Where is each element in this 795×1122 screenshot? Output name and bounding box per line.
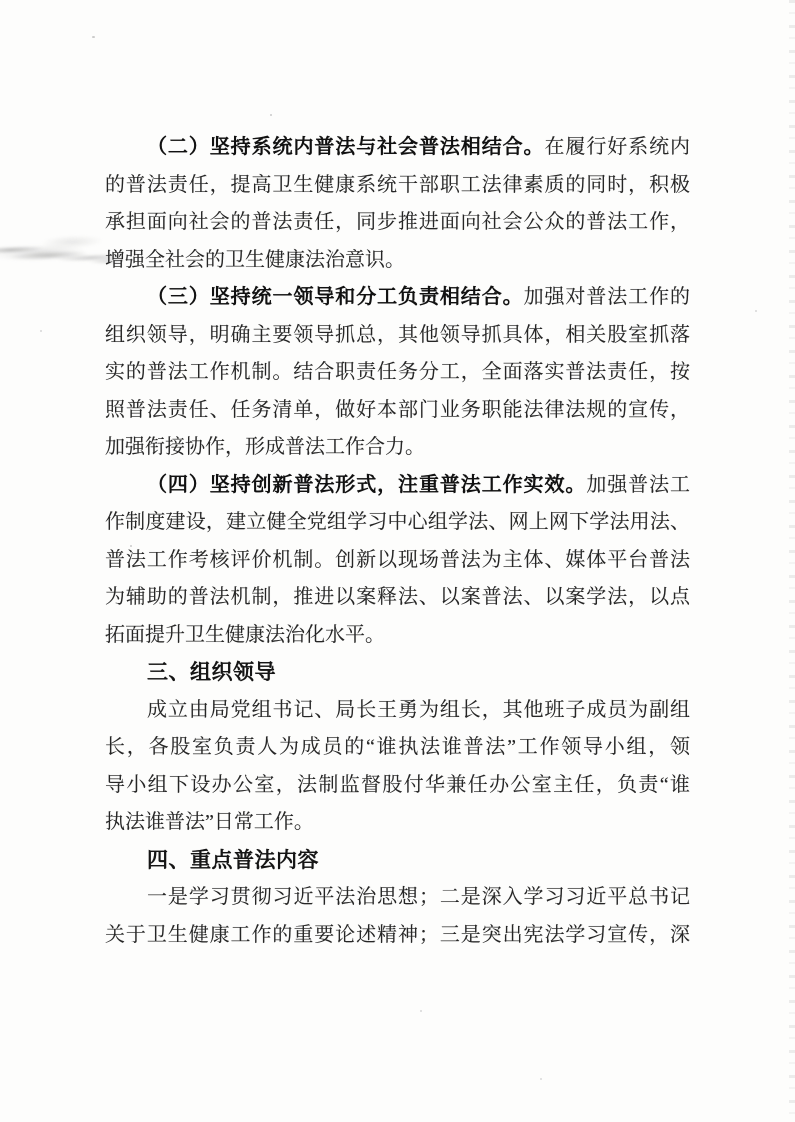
- text-line: 为辅助的普法机制，推进以案释法、以案普法、以案学法，以点: [105, 579, 690, 617]
- text-line: 照普法责任、任务清单，做好本部门业务职能法律法规的宣传，: [105, 392, 690, 430]
- scan-speck: [755, 310, 757, 312]
- line-text: 普法工作考核评价机制。创新以现场普法为主体、媒体平台普法: [105, 549, 690, 571]
- text-line: 成立由局党组书记、局长王勇为组长，其他班子成员为副组: [105, 692, 690, 730]
- text-line: （三）坚持统一领导和分工负责相结合。加强对普法工作的: [105, 279, 690, 317]
- line-text: 长，各股室负责人为成员的“谁执法谁普法”工作领导小组，领: [105, 736, 690, 758]
- text-line: 导小组下设办公室，法制监督股付华兼任办公室主任，负责“谁: [105, 767, 690, 805]
- line-text: 实的普法工作机制。结合职责任务分工，全面落实普法责任，按: [105, 361, 690, 383]
- line-text: 加强对普法工作的: [524, 286, 690, 308]
- line-text: 导小组下设办公室，法制监督股付华兼任办公室主任，负责“谁: [105, 774, 690, 796]
- line-text: 照普法责任、任务清单，做好本部门业务职能法律法规的宣传，: [105, 399, 690, 421]
- bold-lead: （四）坚持创新普法形式，注重普法工作实效。: [147, 474, 586, 496]
- scan-speck: [270, 114, 272, 116]
- scan-speck: [40, 330, 42, 332]
- paragraph: 一是学习贯彻习近平法治思想；二是深入学习习近平总书记关于卫生健康工作的重要论述精…: [105, 879, 690, 954]
- text-line: （二）坚持系统内普法与社会普法相结合。在履行好系统内: [105, 129, 690, 167]
- text-line: 普法工作考核评价机制。创新以现场普法为主体、媒体平台普法: [105, 542, 690, 580]
- paragraph: （二）坚持系统内普法与社会普法相结合。在履行好系统内的普法责任，提高卫生健康系统…: [105, 129, 690, 279]
- text-line: 加强衔接协作，形成普法工作合力。: [105, 429, 690, 467]
- section-heading: 三、组织领导: [105, 654, 690, 692]
- bold-lead: （三）坚持统一领导和分工负责相结合。: [147, 286, 524, 308]
- text-line: 组织领导，明确主要领导抓总，其他领导抓具体，相关股室抓落: [105, 317, 690, 355]
- paragraph: （三）坚持统一领导和分工负责相结合。加强对普法工作的组织领导，明确主要领导抓总，…: [105, 279, 690, 467]
- text-line: 的普法责任，提高卫生健康系统干部职工法律素质的同时，积极: [105, 167, 690, 205]
- paragraph: （四）坚持创新普法形式，注重普法工作实效。加强普法工作制度建设，建立健全党组学习…: [105, 467, 690, 655]
- bold-lead: （二）坚持系统内普法与社会普法相结合。: [147, 136, 544, 158]
- paragraph: 成立由局党组书记、局长王勇为组长，其他班子成员为副组长，各股室负责人为成员的“谁…: [105, 692, 690, 842]
- line-text: 在履行好系统内: [544, 136, 690, 158]
- line-text: 执法谁普法”日常工作。: [105, 811, 314, 833]
- scanned-document-page: （二）坚持系统内普法与社会普法相结合。在履行好系统内的普法责任，提高卫生健康系统…: [0, 0, 795, 1122]
- text-line: 作制度建设，建立健全党组学习中心组学法、网上网下学法用法、: [105, 504, 690, 542]
- text-line: 长，各股室负责人为成员的“谁执法谁普法”工作领导小组，领: [105, 729, 690, 767]
- line-text: 加强普法工: [586, 474, 690, 496]
- text-line: 执法谁普法”日常工作。: [105, 804, 690, 842]
- scan-edge-noise: [789, 0, 795, 1122]
- text-line: 一是学习贯彻习近平法治思想；二是深入学习习近平总书记: [105, 879, 690, 917]
- line-text: 加强衔接协作，形成普法工作合力。: [105, 436, 425, 458]
- line-text: 拓面提升卫生健康法治化水平。: [105, 624, 385, 646]
- line-text: 成立由局党组书记、局长王勇为组长，其他班子成员为副组: [147, 699, 690, 721]
- document-body: （二）坚持系统内普法与社会普法相结合。在履行好系统内的普法责任，提高卫生健康系统…: [105, 129, 690, 954]
- text-line: 增强全社会的卫生健康法治意识。: [105, 242, 690, 280]
- line-text: 组织领导，明确主要领导抓总，其他领导抓具体，相关股室抓落: [105, 324, 690, 346]
- line-text: 增强全社会的卫生健康法治意识。: [105, 249, 405, 271]
- text-line: 承担面向社会的普法责任，同步推进面向社会公众的普法工作，: [105, 204, 690, 242]
- line-text: 的普法责任，提高卫生健康系统干部职工法律素质的同时，积极: [105, 174, 690, 196]
- text-line: 拓面提升卫生健康法治化水平。: [105, 617, 690, 655]
- line-text: 为辅助的普法机制，推进以案释法、以案普法、以案学法，以点: [105, 586, 690, 608]
- line-text: 承担面向社会的普法责任，同步推进面向社会公众的普法工作，: [105, 211, 690, 233]
- line-text: 一是学习贯彻习近平法治思想；二是深入学习习近平总书记: [147, 886, 690, 908]
- line-text: 作制度建设，建立健全党组学习中心组学法、网上网下学法用法、: [105, 511, 690, 533]
- text-line: 关于卫生健康工作的重要论述精神；三是突出宪法学习宣传，深: [105, 917, 690, 955]
- text-line: 实的普法工作机制。结合职责任务分工，全面落实普法责任，按: [105, 354, 690, 392]
- scan-speck: [540, 1078, 542, 1080]
- text-line: （四）坚持创新普法形式，注重普法工作实效。加强普法工: [105, 467, 690, 505]
- scan-speck: [92, 36, 95, 38]
- scan-speck: [420, 1010, 422, 1012]
- line-text: 关于卫生健康工作的重要论述精神；三是突出宪法学习宣传，深: [105, 924, 690, 946]
- section-heading: 四、重点普法内容: [105, 842, 690, 880]
